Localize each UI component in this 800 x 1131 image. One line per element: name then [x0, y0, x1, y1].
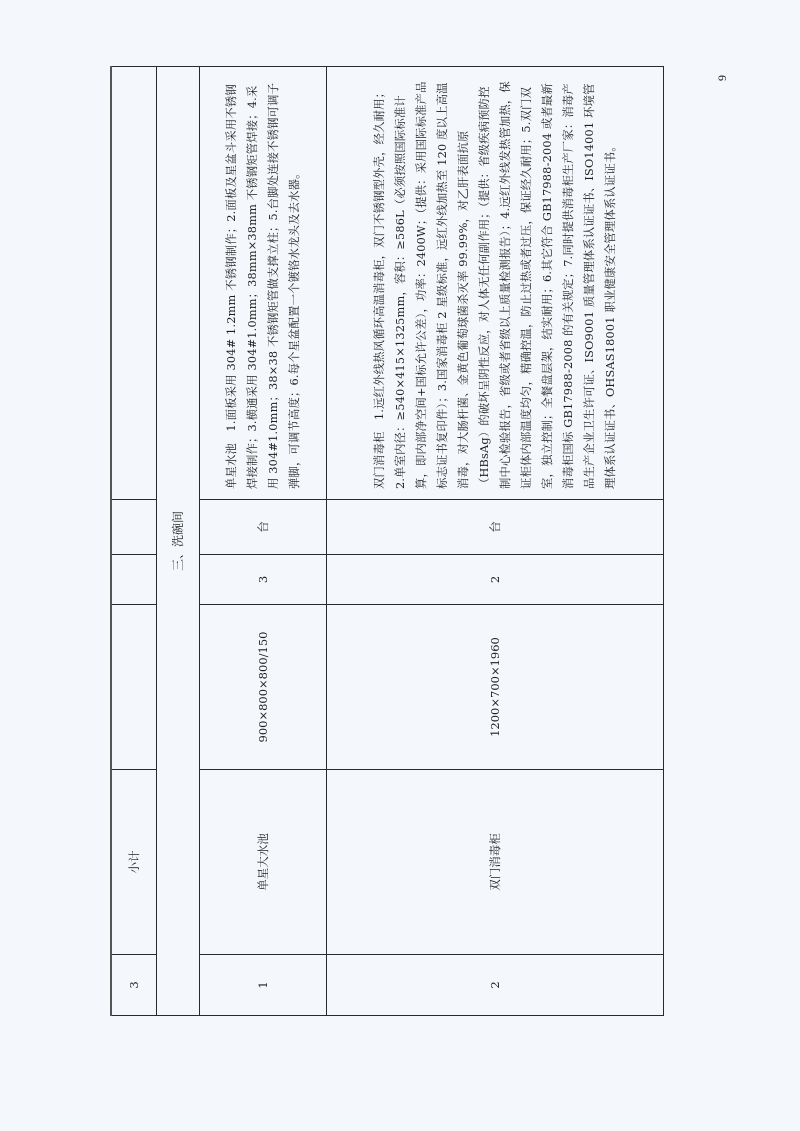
row-number: 1 — [199, 955, 326, 1016]
row-number: 2 — [326, 955, 663, 1016]
item-name: 单星大水池 — [199, 770, 326, 955]
section-title: 三、洗碗间 — [156, 67, 199, 1016]
item-name: 双门消毒柜 — [326, 770, 663, 955]
equipment-table: 3 小计 三、洗碗间 1 单星大水池 900×800×800/150 3 台 单… — [110, 66, 664, 1016]
empty-cell — [111, 555, 156, 605]
empty-cell — [111, 67, 156, 500]
table-row: 1 单星大水池 900×800×800/150 3 台 单星水池 1.面板采用 … — [199, 67, 326, 1016]
empty-cell — [111, 605, 156, 770]
table-row: 2 双门消毒柜 1200×700×1960 2 台 双门消毒柜 1.远红外线热风… — [326, 67, 663, 1016]
item-spec: 900×800×800/150 — [199, 605, 326, 770]
empty-cell — [111, 500, 156, 555]
item-quantity: 3 — [199, 555, 326, 605]
item-description: 单星水池 1.面板采用 304# 1.2mm 不锈钢制作；2.面板及星盆斗采用不… — [199, 67, 326, 500]
item-description: 双门消毒柜 1.远红外线热风循环高温消毒柜，双门不锈钢型外壳，经久耐用；2.单室… — [326, 67, 663, 500]
page-number: 9 — [712, 68, 732, 88]
table-row-subtotal: 3 小计 — [111, 67, 156, 1016]
item-unit: 台 — [199, 500, 326, 555]
row-number: 3 — [111, 955, 156, 1016]
rotated-table-container: 3 小计 三、洗碗间 1 单星大水池 900×800×800/150 3 台 单… — [110, 66, 662, 1016]
item-spec: 1200×700×1960 — [326, 605, 663, 770]
section-header-row: 三、洗碗间 — [156, 67, 199, 1016]
item-unit: 台 — [326, 500, 663, 555]
item-quantity: 2 — [326, 555, 663, 605]
subtotal-label: 小计 — [111, 770, 156, 955]
